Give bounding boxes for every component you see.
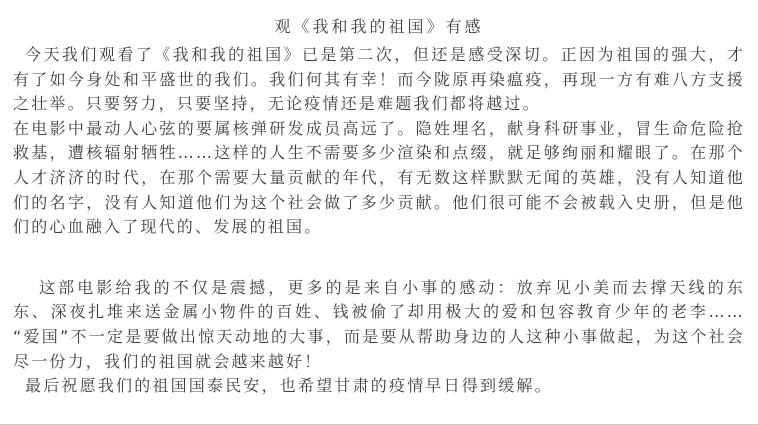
essay-paragraph-1: 今天我们观看了《我和我的祖国》已是第二次，但还是感受深切。正因为祖国的强大，才有… (13, 43, 745, 117)
essay-paragraph-4: 最后祝愿我们的祖国国泰民安，也希望甘肃的疫情早日得到缓解。 (13, 374, 745, 399)
essay-title: 观《我和我的祖国》有感 (0, 14, 758, 37)
essay-page: 观《我和我的祖国》有感 今天我们观看了《我和我的祖国》已是第二次，但还是感受深切… (0, 0, 758, 425)
essay-paragraph-3: 这部电影给我的不仅是震撼，更多的是来自小事的感动：放弃见小美而去撑天线的东东、深… (13, 276, 745, 374)
essay-body: 今天我们观看了《我和我的祖国》已是第二次，但还是感受深切。正因为祖国的强大，才有… (13, 43, 745, 399)
essay-paragraph-2: 在电影中最动人心弦的要属核弹研发成员高远了。隐姓埋名，献身科研事业，冒生命危险抢… (13, 117, 745, 240)
